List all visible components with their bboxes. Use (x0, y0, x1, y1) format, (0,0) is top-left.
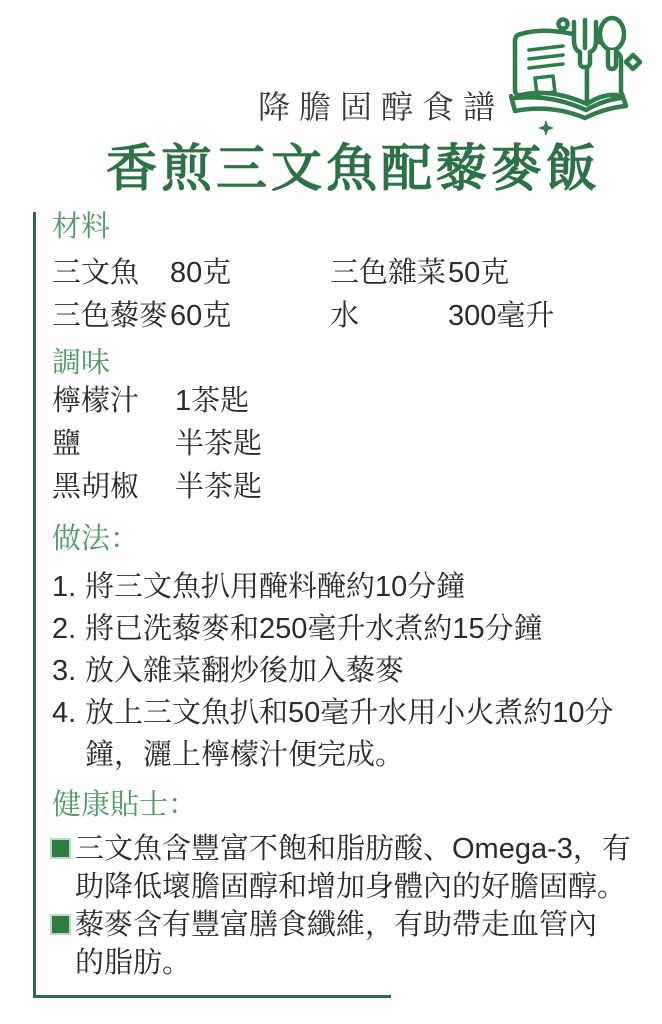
page-title: 香煎三文魚配藜麥飯 (106, 127, 601, 201)
tip-line: 助降低壞膽固醇和增加身體內的好膽固醇。 (75, 868, 631, 906)
page-subtitle: 降膽固醇食譜 (258, 82, 504, 128)
step-text: 放上三文魚扒和50毫升水用小火煮約10分 鐘，灑上檸檬汁便完成。 (85, 692, 614, 776)
step-number: 3. (52, 650, 85, 692)
ingredient-name: 三色藜麥 (52, 295, 170, 338)
ingredient-name: 三色雜菜 (330, 252, 448, 295)
seasoning-name: 黑胡椒 (52, 466, 175, 509)
ingredient-amount: 50克 (448, 252, 509, 295)
step-line: 放入雜菜翻炒後加入藜麥 (85, 650, 404, 692)
step-line: 放上三文魚扒和50毫升水用小火煮約10分 (85, 692, 614, 734)
method-steps: 1. 將三文魚扒用醃料醃約10分鐘 2. 將已洗藜麥和250毫升水煮約15分鐘 … (52, 566, 652, 776)
step-text: 放入雜菜翻炒後加入藜麥 (85, 650, 404, 692)
ingredient-row: 三色藜麥 60克 水 300毫升 (52, 295, 652, 338)
ingredient-amount: 80克 (170, 252, 330, 295)
step-number: 4. (52, 692, 85, 776)
dot-accent-icon (559, 20, 568, 29)
ingredient-amount: 60克 (170, 295, 330, 338)
tips-heading: 健康貼士： (52, 788, 652, 822)
bottom-accent-line (33, 995, 391, 998)
sparkle-diamond-icon (626, 55, 640, 69)
seasoning-heading: 調味 (52, 346, 652, 380)
square-bullet-icon (52, 916, 69, 933)
health-tips: 三文魚含豐富不飽和脂肪酸、Omega-3，有 助降低壞膽固醇和增加身體內的好膽固… (52, 830, 652, 982)
ingredient-row: 三文魚 80克 三色雜菜 50克 (52, 252, 652, 295)
tip-line: 的脂肪。 (75, 944, 597, 982)
left-accent-bar (33, 212, 36, 998)
seasoning-row: 鹽 半茶匙 (52, 423, 652, 466)
step-line: 鐘，灑上檸檬汁便完成。 (85, 734, 614, 776)
recipe-page: 降膽固醇食譜 香煎三文魚配藜麥飯 材料 三文魚 80克 三色雜菜 50克 三色藜… (0, 0, 662, 1024)
tip-item: 藜麥含有豐富膳食纖維，有助帶走血管內 的脂肪。 (52, 906, 652, 982)
method-step: 1. 將三文魚扒用醃料醃約10分鐘 (52, 566, 652, 608)
ingredients-table: 三文魚 80克 三色雜菜 50克 三色藜麥 60克 水 300毫升 (52, 252, 652, 338)
tip-text: 藜麥含有豐富膳食纖維，有助帶走血管內 的脂肪。 (75, 906, 597, 982)
recipe-content: 材料 三文魚 80克 三色雜菜 50克 三色藜麥 60克 水 300毫升 調味 … (52, 210, 652, 982)
tip-item: 三文魚含豐富不飽和脂肪酸、Omega-3，有 助降低壞膽固醇和增加身體內的好膽固… (52, 830, 652, 906)
seasoning-row: 黑胡椒 半茶匙 (52, 466, 652, 509)
square-bullet-icon (52, 840, 69, 857)
step-line: 將三文魚扒用醃料醃約10分鐘 (85, 566, 465, 608)
step-text: 將已洗藜麥和250毫升水煮約15分鐘 (85, 608, 543, 650)
tip-line: 藜麥含有豐富膳食纖維，有助帶走血管內 (75, 906, 597, 944)
seasoning-name: 鹽 (52, 423, 175, 466)
seasoning-row: 檸檬汁 1茶匙 (52, 380, 652, 423)
tip-line: 三文魚含豐富不飽和脂肪酸、Omega-3，有 (75, 830, 631, 868)
ingredients-heading: 材料 (52, 210, 652, 244)
method-step: 3. 放入雜菜翻炒後加入藜麥 (52, 650, 652, 692)
seasoning-table: 檸檬汁 1茶匙 鹽 半茶匙 黑胡椒 半茶匙 (52, 380, 652, 509)
seasoning-amount: 1茶匙 (175, 380, 249, 423)
method-step: 4. 放上三文魚扒和50毫升水用小火煮約10分 鐘，灑上檸檬汁便完成。 (52, 692, 652, 776)
ingredient-amount: 300毫升 (448, 295, 554, 338)
step-text: 將三文魚扒用醃料醃約10分鐘 (85, 566, 465, 608)
ingredient-name: 三文魚 (52, 252, 170, 295)
seasoning-amount: 半茶匙 (175, 466, 262, 509)
step-number: 1. (52, 566, 85, 608)
step-line: 將已洗藜麥和250毫升水煮約15分鐘 (85, 608, 543, 650)
ingredient-name: 水 (330, 295, 448, 338)
method-step: 2. 將已洗藜麥和250毫升水煮約15分鐘 (52, 608, 652, 650)
seasoning-amount: 半茶匙 (175, 423, 262, 466)
step-number: 2. (52, 608, 85, 650)
method-heading: 做法： (52, 522, 652, 556)
tip-text: 三文魚含豐富不飽和脂肪酸、Omega-3，有 助降低壞膽固醇和增加身體內的好膽固… (75, 830, 631, 906)
seasoning-name: 檸檬汁 (52, 380, 175, 423)
